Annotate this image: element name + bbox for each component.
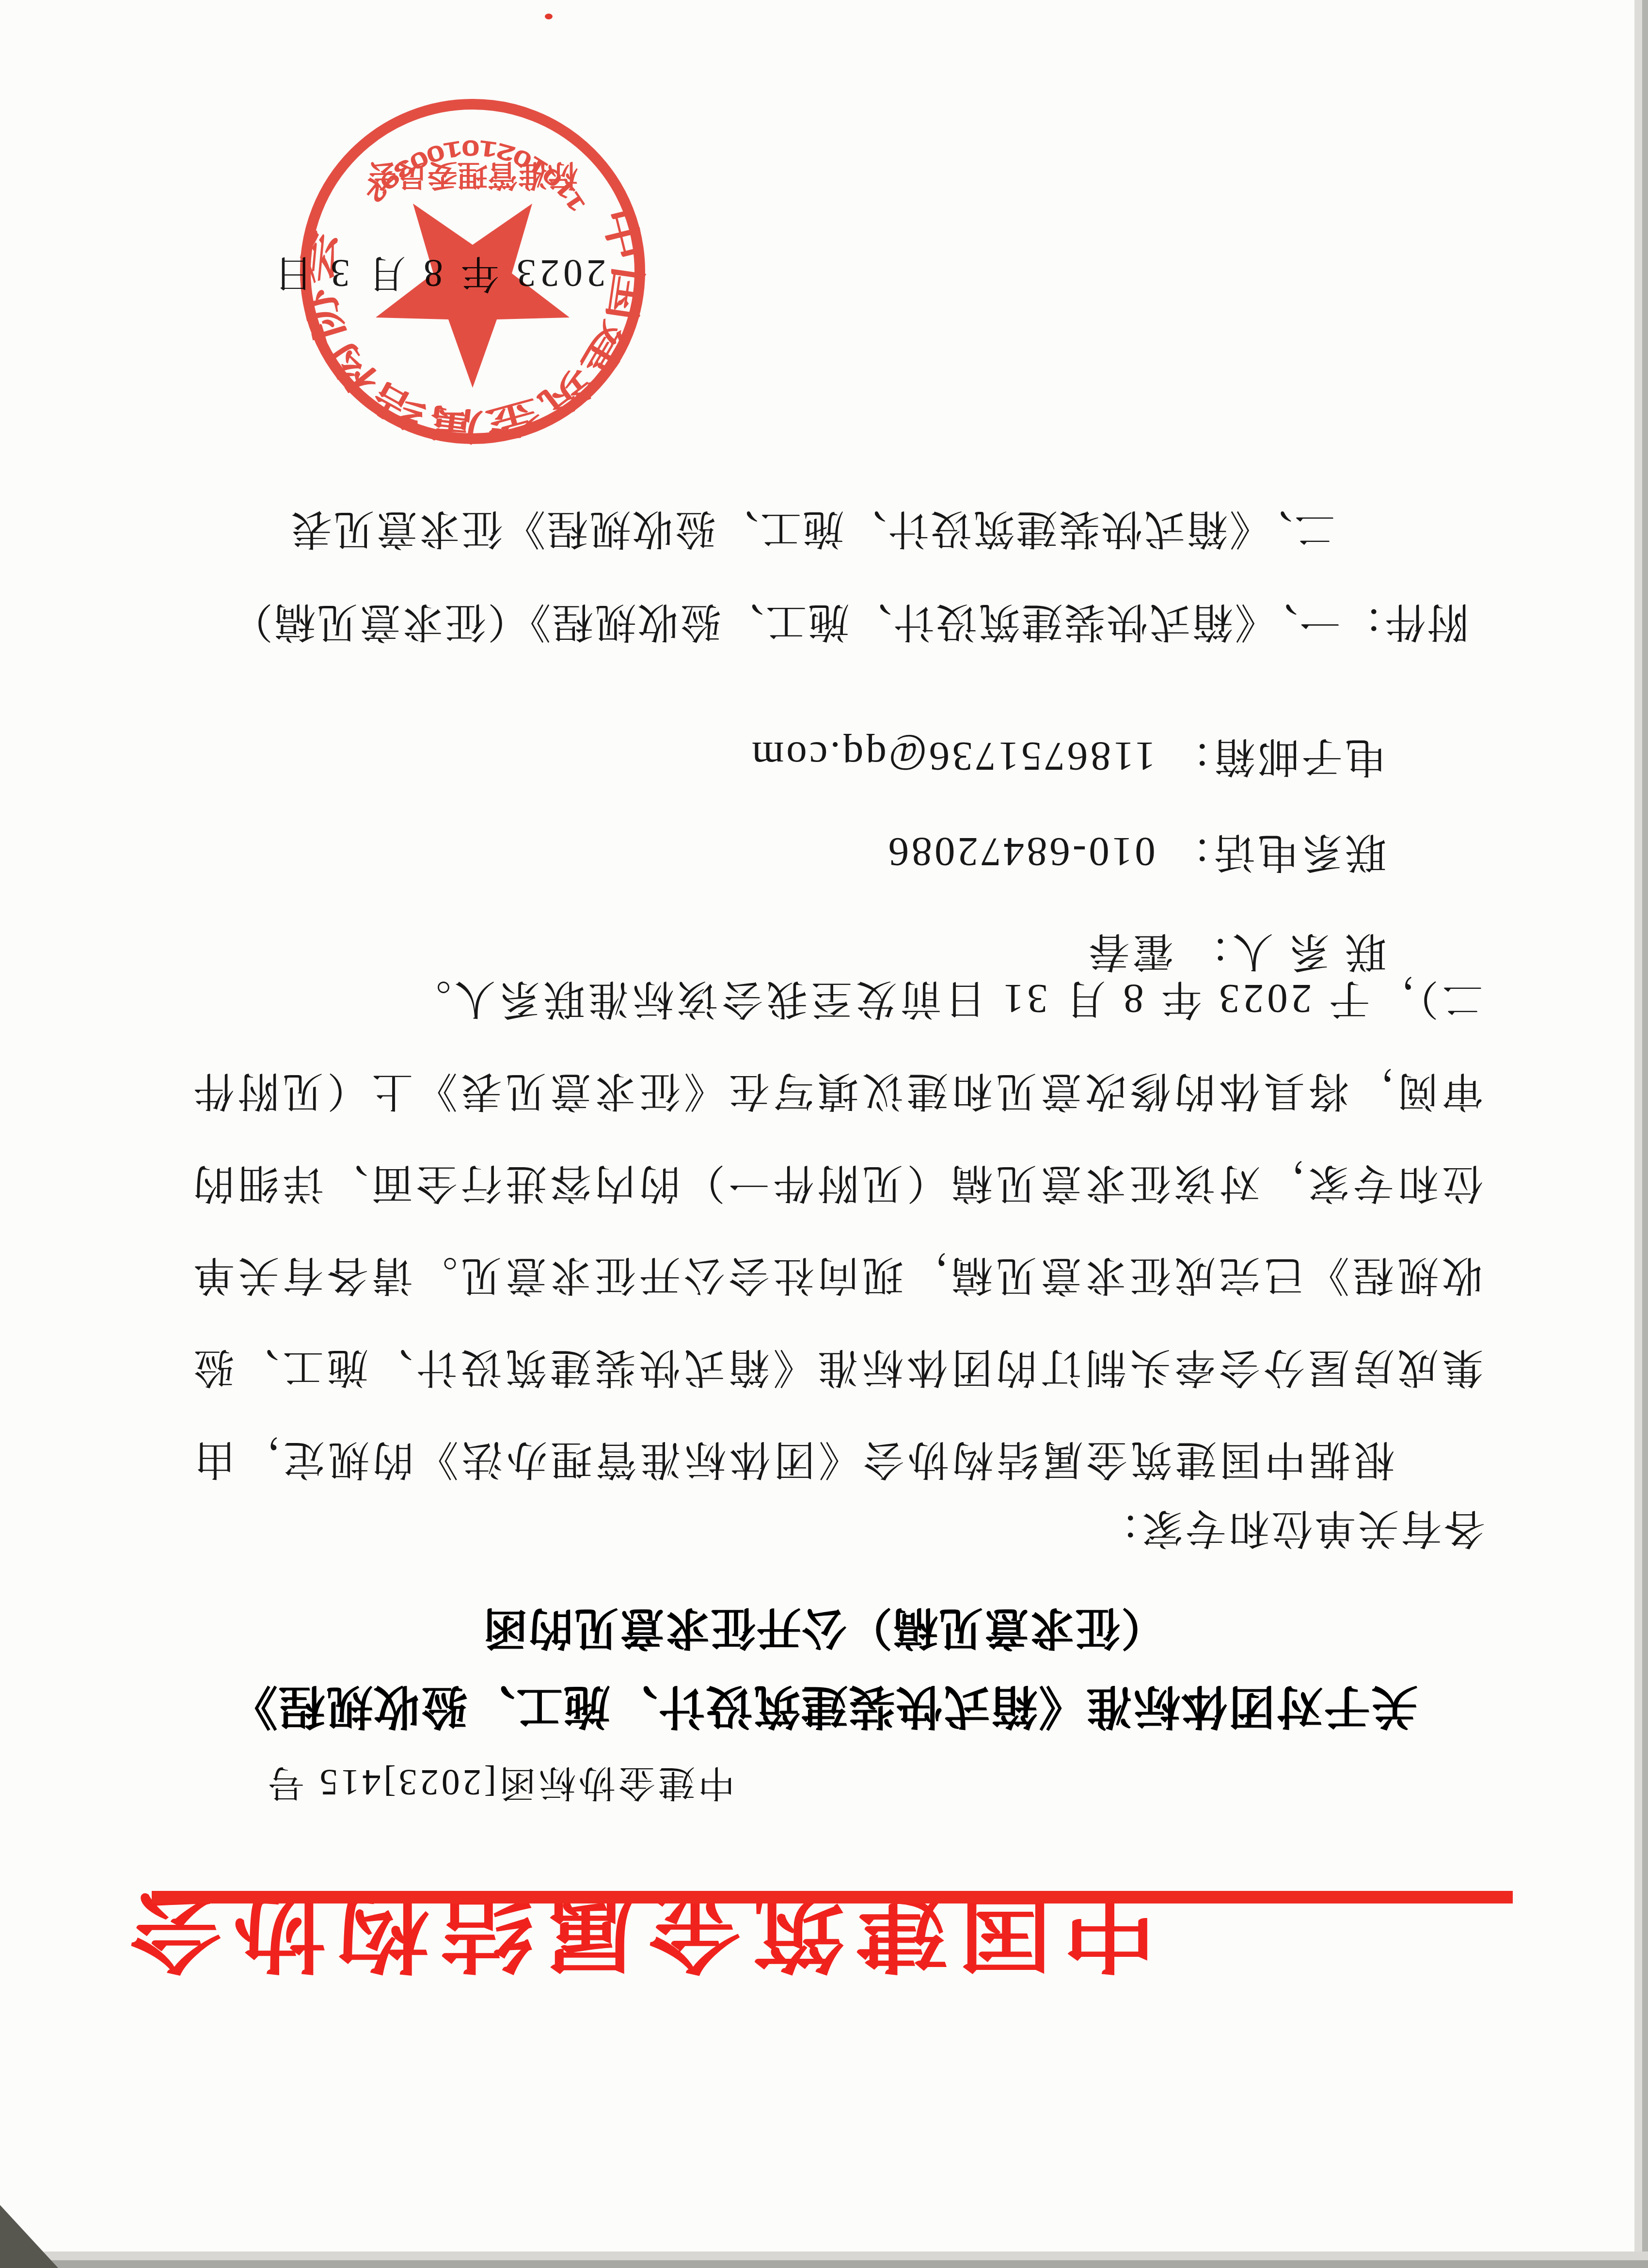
attachment-line-2: 二、《箱式快装建筑设计、施工、验收规程》征求意见表 [289, 503, 1335, 562]
scan-edge-shadow-right-soft [1634, 0, 1642, 2268]
scan-edge-shadow-right [1642, 0, 1648, 2268]
official-seal-stamp: 中国建筑金属结构协会 标准管理委员会 11010210100392 [288, 87, 657, 456]
document-title: 关于对团体标准《箱式快装建筑设计、施工、验收规程》 （征求意见稿）公开征求意见的… [204, 1600, 1444, 1744]
scanned-document-page: 中国建筑金属结构协会 中建金协标函[2023]415 号 关于对团体标准《箱式快… [0, 0, 1648, 2268]
document-title-line2: （征求意见稿）公开征求意见的函 [204, 1600, 1444, 1664]
contact-person: 联 系 人： 霍春 [1086, 925, 1386, 984]
scan-ink-speck [545, 14, 553, 19]
salutation: 各有关单位和专家： [1097, 1502, 1485, 1561]
seal-star-icon [376, 204, 570, 388]
scan-edge-shadow-bottom [0, 2260, 1648, 2268]
attachment-line-1: 附件：一、《箱式快装建筑设计、施工、验收规程》（征求意见稿） [230, 596, 1469, 655]
document-title-line1: 关于对团体标准《箱式快装建筑设计、施工、验收规程》 [204, 1677, 1444, 1744]
contact-phone: 联系电话： 010-68472086 [886, 826, 1386, 885]
body-paragraph-line: 收规程》已完成征求意见稿，现向社会公开征求意见。请各有关单 [190, 1249, 1483, 1308]
body-paragraph-line: 位和专家，对该征求意见稿（见附件一）的内容进行全面、详细的 [190, 1157, 1483, 1216]
contact-email: 电子邮箱： 1186751736@qq.com [749, 730, 1386, 790]
body-paragraph-line: 根据中国建筑金属结构协会《团体标准管理办法》的规定，由 [191, 1433, 1483, 1492]
document-number: 中建金协标函[2023]415 号 [265, 1760, 735, 1812]
letter-content-rotated-180: 中国建筑金属结构协会 中建金协标函[2023]415 号 关于对团体标准《箱式快… [0, 0, 1648, 2268]
body-paragraph-line: 审阅，将具体的修改意见和建议填写在《征求意见表》上（见附件 [190, 1065, 1483, 1124]
scan-edge-shadow-bottom-soft [0, 2252, 1648, 2260]
letterhead-red-rule [152, 1891, 1513, 1903]
body-paragraph-line: 集成房屋分会牵头制订的团体标准《箱式快装建筑设计、施工、验 [190, 1341, 1483, 1400]
